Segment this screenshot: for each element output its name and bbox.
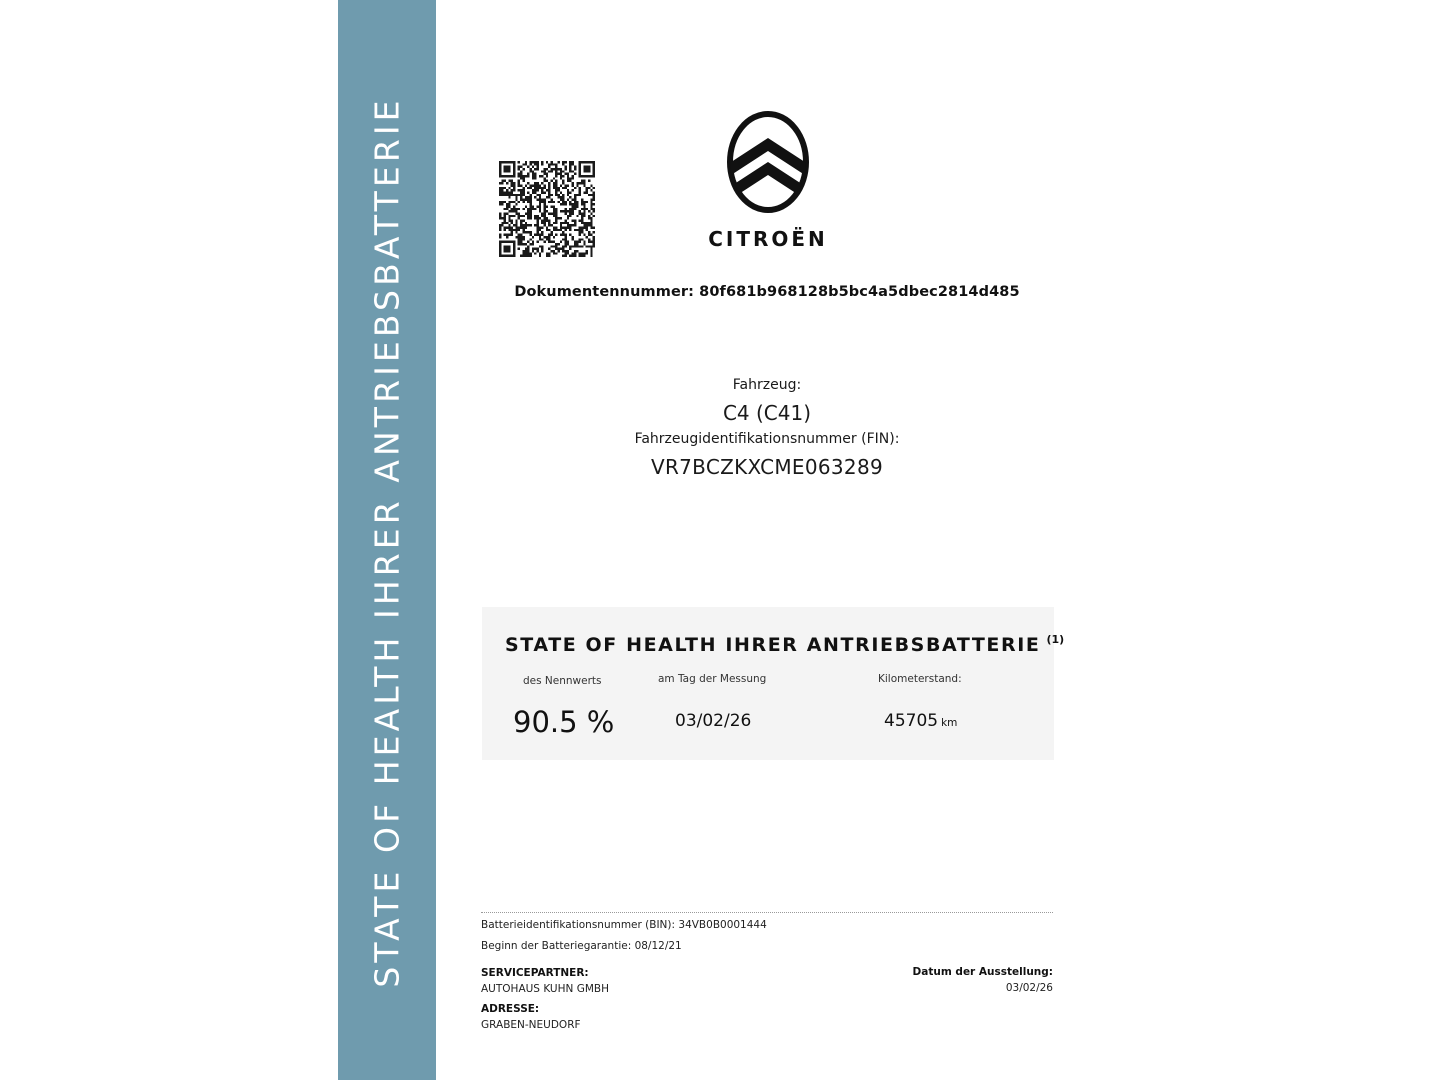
qr-code-icon: [499, 161, 595, 257]
issue-date-value: 03/02/26: [1006, 982, 1053, 994]
nominal-label: des Nennwerts: [523, 675, 602, 687]
address-value: GRABEN-NEUDORF: [481, 1019, 581, 1031]
measurement-date-label: am Tag der Messung: [658, 673, 766, 685]
document-number: Dokumentennummer: 80f681b968128b5bc4a5db…: [481, 284, 1053, 300]
citroen-logo-icon: CITROËN: [690, 108, 846, 252]
fin-value: VR7BCZKXCME063289: [481, 455, 1053, 479]
footnote-marker: (1): [1046, 633, 1064, 646]
issue-date-label: Datum der Ausstellung:: [913, 966, 1053, 978]
mileage-unit: km: [941, 717, 957, 729]
soh-percentage: 90.5 %: [513, 705, 614, 739]
soh-title-text: STATE OF HEALTH IHRER ANTRIEBSBATTERIE: [505, 634, 1040, 656]
vehicle-model: C4 (C41): [481, 401, 1053, 425]
measurement-date: 03/02/26: [675, 711, 751, 731]
vehicle-label: Fahrzeug:: [481, 377, 1053, 393]
service-partner-label: SERVICEPARTNER:: [481, 967, 589, 979]
warranty-start: Beginn der Batteriegarantie: 08/12/21: [481, 940, 682, 952]
service-partner-value: AUTOHAUS KUHN GMBH: [481, 983, 609, 995]
address-label: ADRESSE:: [481, 1003, 539, 1015]
sidebar-band: STATE OF HEALTH IHRER ANTRIEBSBATTERIE: [338, 0, 436, 1080]
sidebar-title: STATE OF HEALTH IHRER ANTRIEBSBATTERIE: [368, 96, 407, 987]
soh-panel: STATE OF HEALTH IHRER ANTRIEBSBATTERIE(1…: [482, 607, 1054, 760]
mileage-value: 45705km: [884, 711, 957, 731]
battery-id: Batterieidentifikationsnummer (BIN): 34V…: [481, 919, 767, 931]
mileage-label: Kilometerstand:: [878, 673, 962, 685]
brand-wordmark: CITROËN: [708, 227, 828, 251]
mileage-number: 45705: [884, 711, 938, 731]
fin-label: Fahrzeugidentifikationsnummer (FIN):: [481, 431, 1053, 447]
footer-divider: [481, 912, 1053, 913]
soh-title: STATE OF HEALTH IHRER ANTRIEBSBATTERIE(1…: [505, 634, 1064, 656]
